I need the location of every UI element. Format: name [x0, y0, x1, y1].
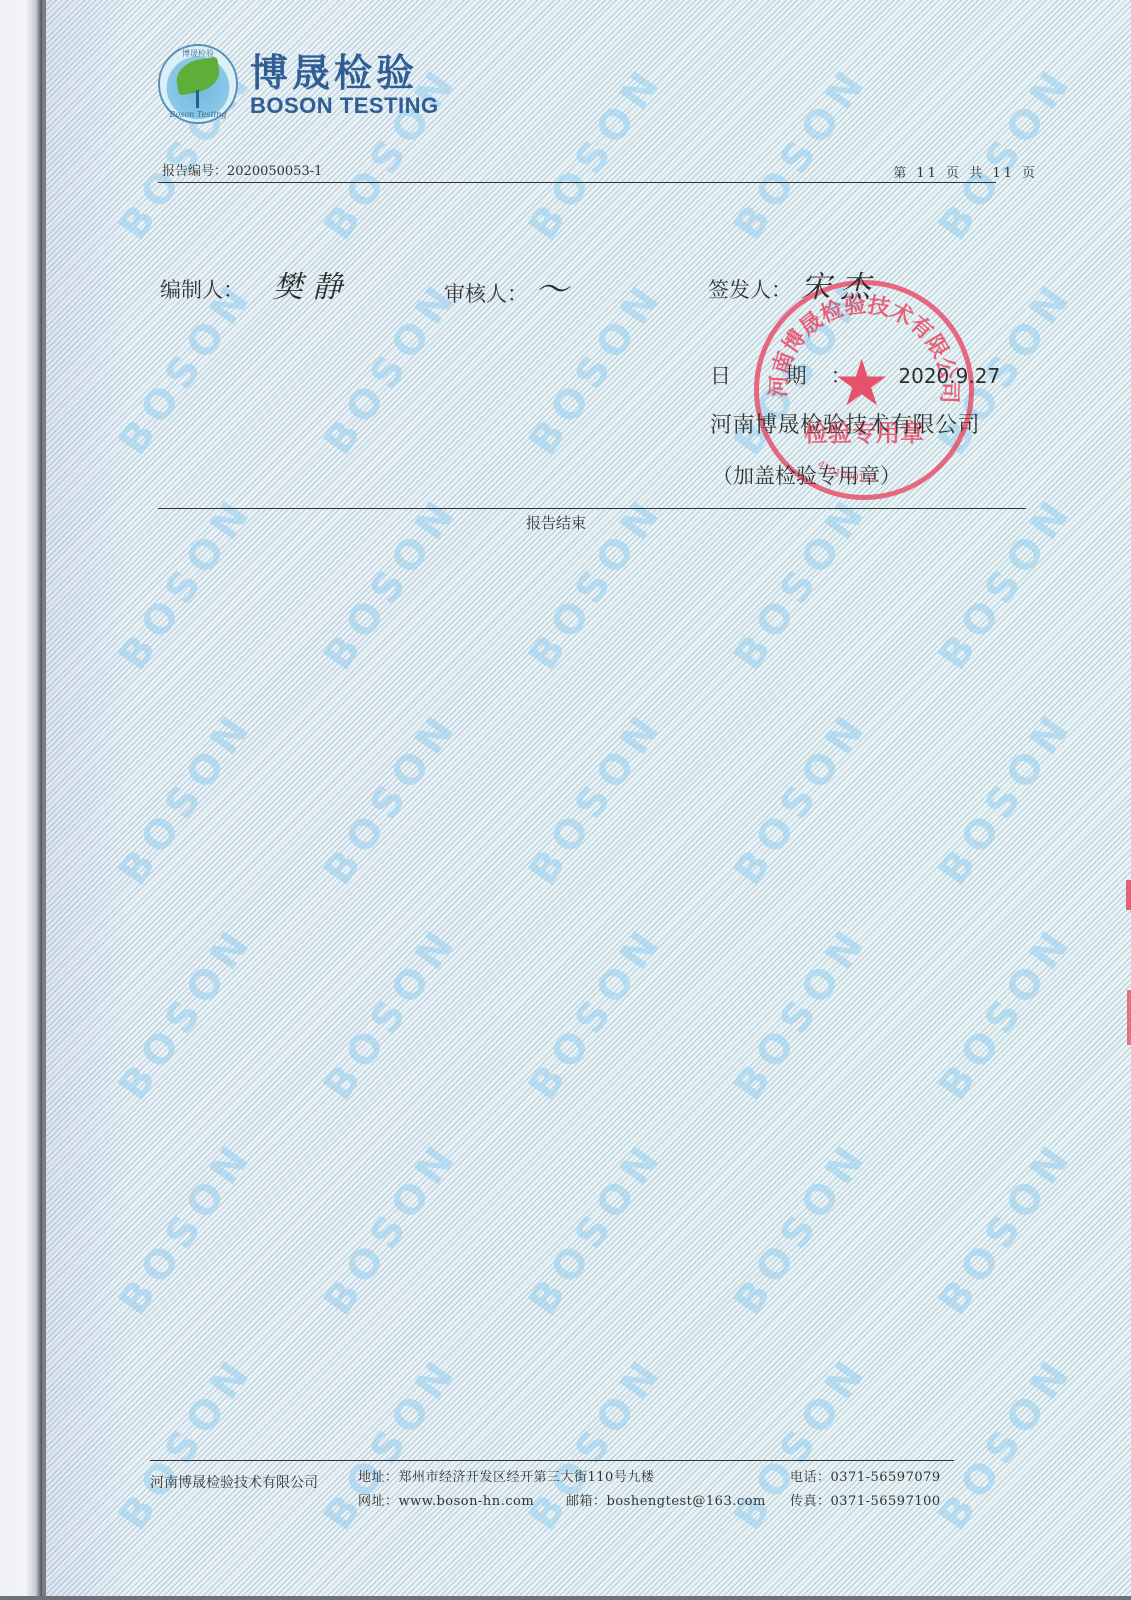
boson-watermark: BOSON	[110, 1133, 263, 1324]
reviewer-label: 审核人：	[444, 278, 528, 308]
boson-watermark: BOSON	[315, 1133, 468, 1324]
boson-watermark: BOSON	[725, 58, 878, 249]
issuer-label: 签发人：	[708, 274, 792, 304]
logo-name-cn: 博晟检验	[250, 51, 439, 95]
website-label: 网址：	[358, 1494, 399, 1509]
boson-watermark: BOSON	[315, 703, 468, 894]
logo-ring-text-top: 博晟检验	[160, 48, 236, 59]
footer-company: 河南博晟检验技术有限公司	[150, 1472, 318, 1492]
boson-watermark: BOSON	[930, 703, 1083, 894]
fax-value: 0371-56597100	[831, 1494, 941, 1509]
boson-watermark: BOSON	[520, 703, 673, 894]
boson-watermark: BOSON	[725, 1348, 878, 1539]
logo-ring-text-bottom: Boson Testing	[160, 110, 236, 119]
boson-watermark: BOSON	[520, 1133, 673, 1324]
footer-divider	[150, 1460, 954, 1461]
boson-watermark: BOSON	[725, 488, 878, 679]
page-indicator: 第 11 页 共 11 页	[893, 162, 1038, 181]
compiler-label: 编制人：	[160, 274, 244, 304]
report-number-label: 报告编号：	[162, 164, 227, 179]
boson-watermark: BOSON	[725, 703, 878, 894]
stem-icon	[196, 90, 199, 108]
boson-watermark: BOSON	[520, 1348, 673, 1539]
stamp-bleed-mark	[1126, 880, 1131, 910]
footer-website: 网址：www.boson-hn.com	[358, 1490, 534, 1509]
date-block: 日 期： 2020.9.27	[710, 360, 1000, 390]
logo-emblem-icon: 博晟检验 Boson Testing	[158, 44, 238, 124]
date-label: 日 期：	[710, 364, 876, 388]
reviewer-signature: 〜	[535, 262, 569, 311]
boson-watermark: BOSON	[930, 58, 1083, 249]
boson-watermark: BOSON	[725, 918, 878, 1109]
boson-watermark: BOSON	[110, 918, 263, 1109]
boson-watermark: BOSON	[315, 918, 468, 1109]
company-logo: 博晟检验 Boson Testing 博晟检验 BOSON TESTING	[158, 44, 439, 124]
boson-watermark: BOSON	[315, 1348, 468, 1539]
company-name: 河南博晟检验技术有限公司	[710, 408, 980, 439]
compiler-signature-block: 编制人： 樊 静	[160, 262, 342, 306]
stamp-bleed-mark	[1127, 990, 1131, 1045]
report-end-text: 报告结束	[526, 512, 586, 533]
report-number-value: 2020050053-1	[227, 164, 322, 179]
footer-address: 地址：郑州市经济开发区经开第三大街110号九楼	[358, 1466, 654, 1485]
issuer-signature: 宋 杰	[801, 262, 871, 306]
divider	[158, 508, 1026, 509]
boson-watermark: BOSON	[930, 918, 1083, 1109]
phone-label: 电话：	[790, 1470, 831, 1485]
reviewer-signature-block: 审核人： 〜	[444, 262, 569, 311]
address-label: 地址：	[358, 1470, 399, 1485]
fax-label: 传真：	[790, 1494, 831, 1509]
boson-watermark: BOSON	[110, 703, 263, 894]
stamp-note: （加盖检验专用章）	[712, 460, 901, 490]
scan-bottom-edge	[0, 1596, 1131, 1600]
address-value: 郑州市经济开发区经开第三大街110号九楼	[399, 1470, 655, 1485]
footer-email: 邮箱：boshengtest@163.com	[566, 1490, 766, 1509]
boson-watermark: BOSON	[725, 1133, 878, 1324]
boson-watermark: BOSON	[315, 488, 468, 679]
report-header: 报告编号：2020050053-1 第 11 页 共 11 页	[158, 160, 996, 183]
report-page: BOSONBOSONBOSONBOSONBOSONBOSONBOSONBOSON…	[46, 0, 1131, 1596]
issuer-signature-block: 签发人： 宋 杰	[708, 262, 870, 306]
email-label: 邮箱：	[566, 1494, 607, 1509]
boson-watermark: BOSON	[930, 1133, 1083, 1324]
phone-value: 0371-56597079	[831, 1470, 941, 1485]
logo-name-en: BOSON TESTING	[250, 95, 439, 117]
boson-watermark: BOSON	[520, 918, 673, 1109]
boson-watermark: BOSON	[110, 488, 263, 679]
email-link[interactable]: boshengtest@163.com	[607, 1494, 766, 1509]
boson-watermark: BOSON	[110, 1348, 263, 1539]
website-link[interactable]: www.boson-hn.com	[399, 1494, 535, 1509]
report-number: 报告编号：2020050053-1	[162, 160, 322, 179]
date-value: 2020.9.27	[898, 364, 1000, 388]
boson-watermark: BOSON	[520, 58, 673, 249]
footer-phone: 电话：0371-56597079	[790, 1466, 941, 1485]
boson-watermark: BOSON	[930, 1348, 1083, 1539]
footer-fax: 传真：0371-56597100	[790, 1490, 941, 1509]
previous-page-edge	[0, 0, 42, 1596]
compiler-signature: 樊 静	[273, 262, 343, 306]
boson-watermark: BOSON	[930, 488, 1083, 679]
